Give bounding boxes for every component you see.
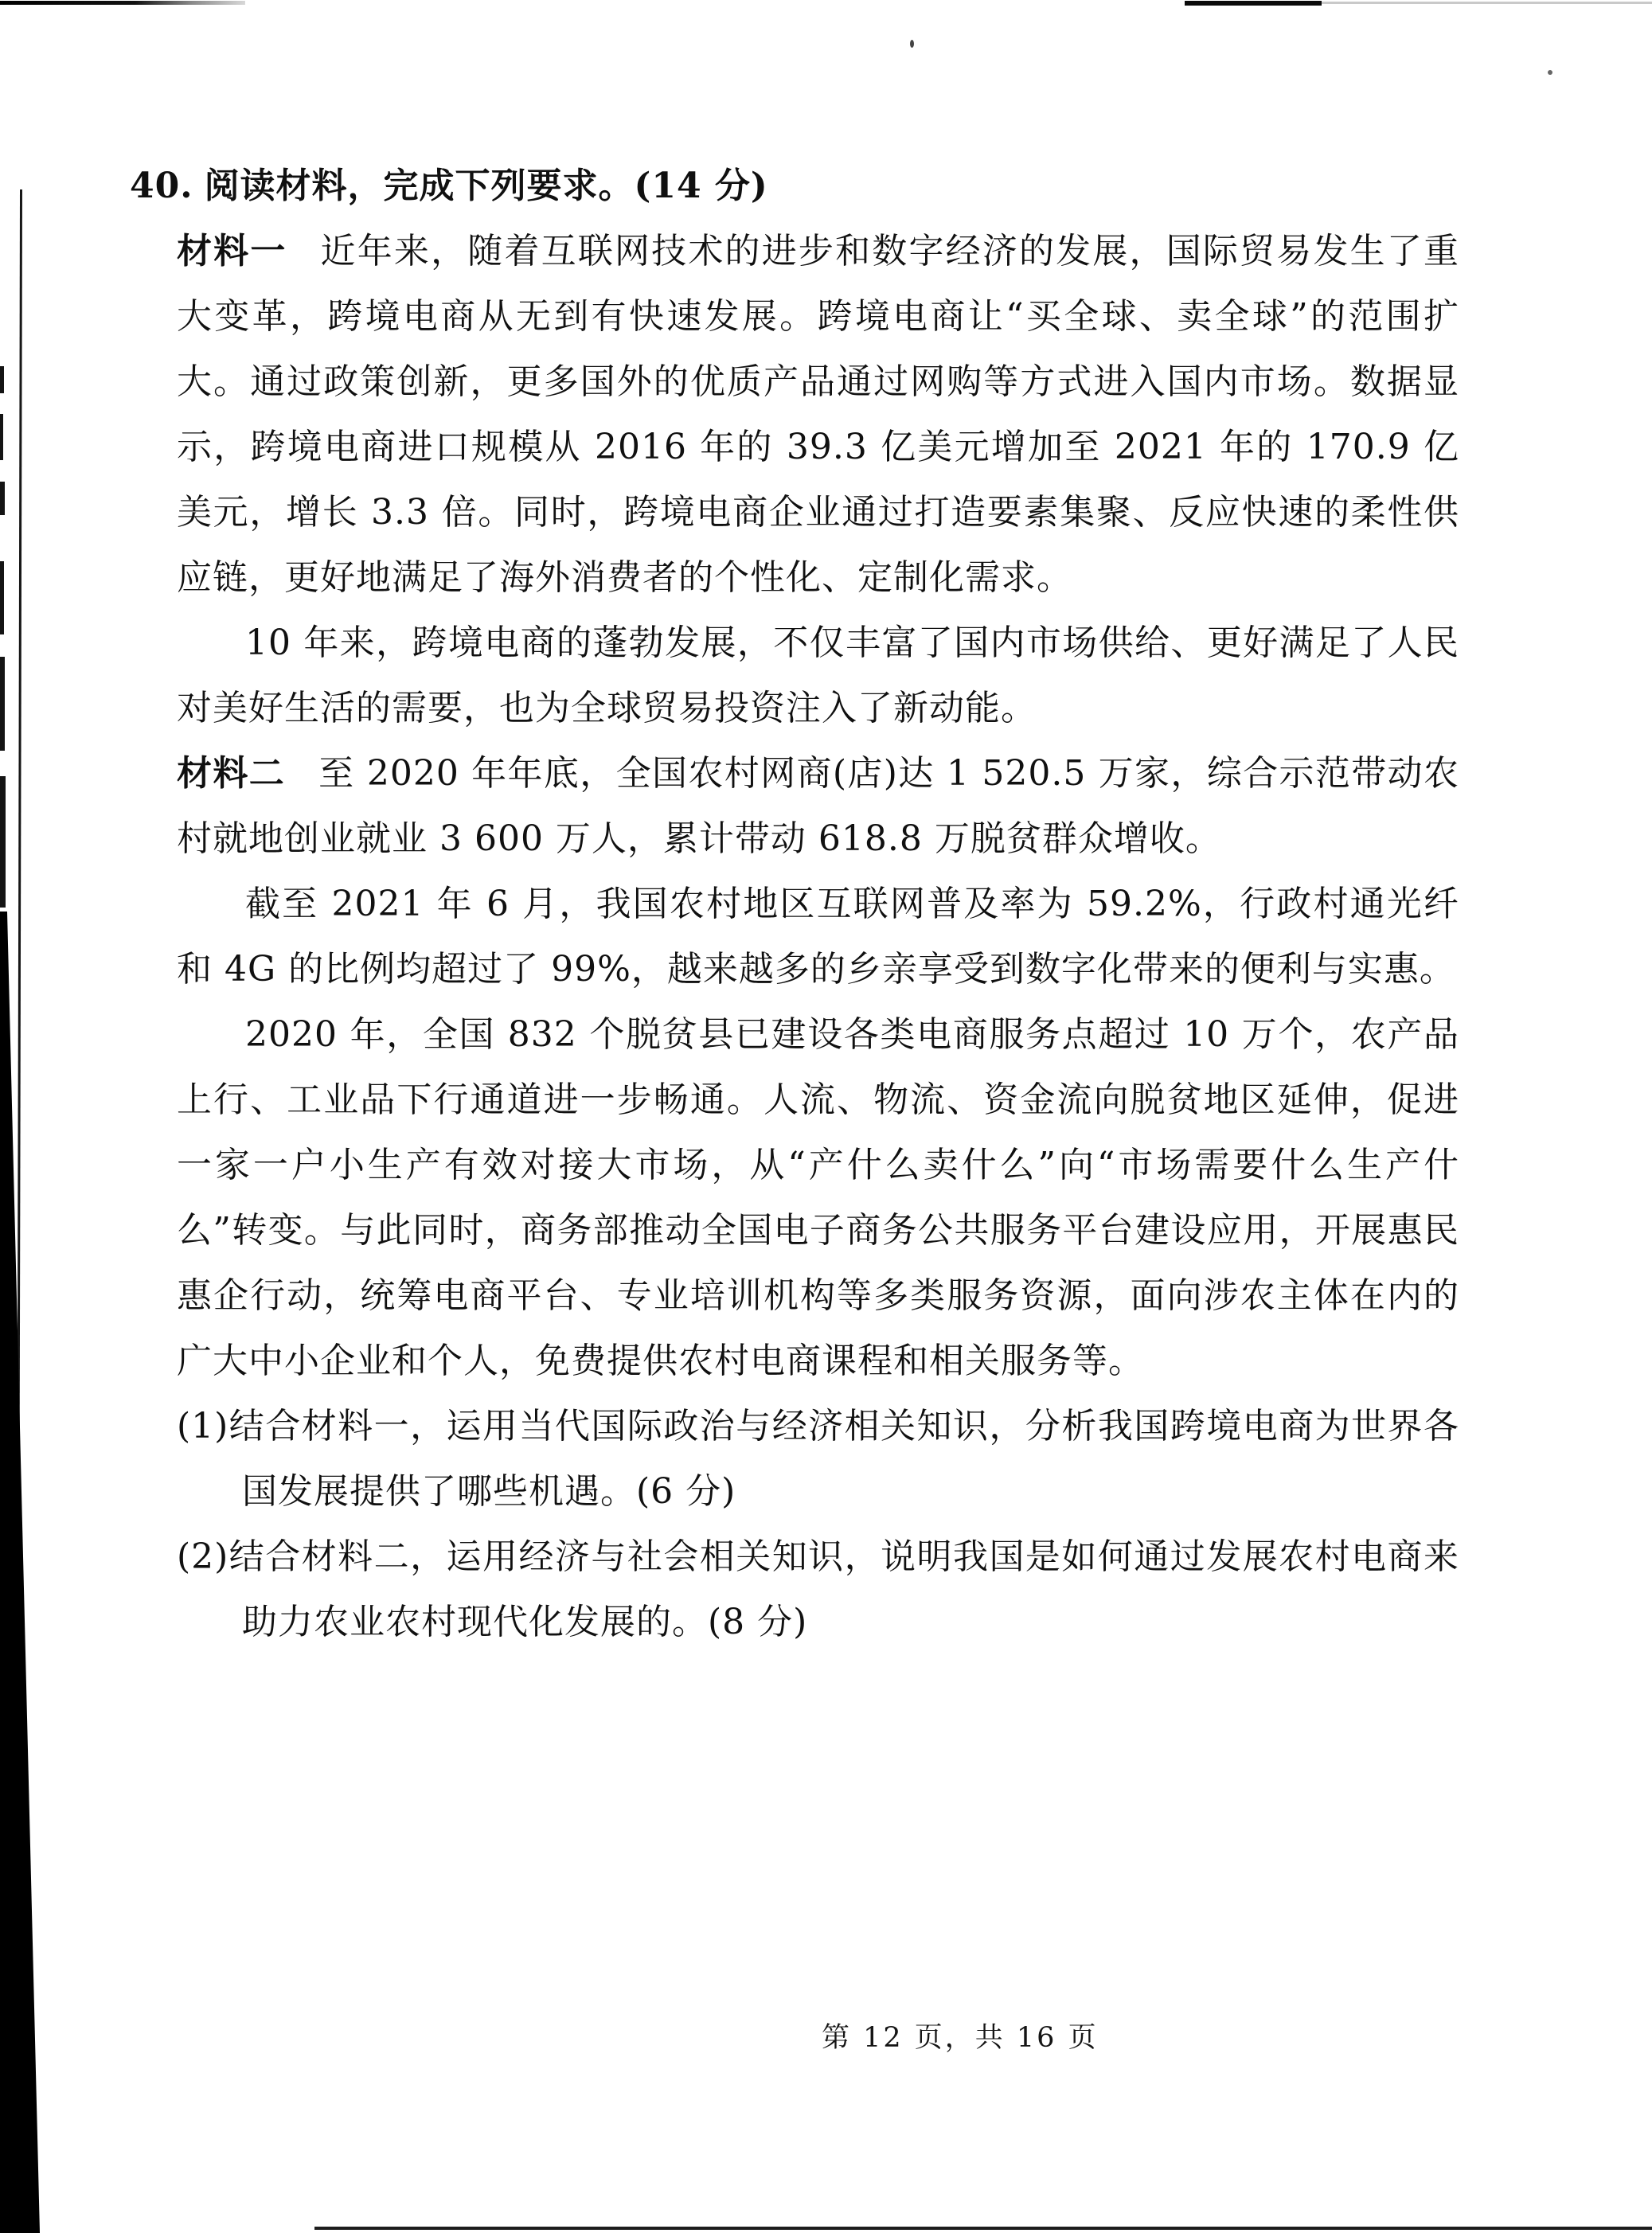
page-footer: 第 12 页，共 16 页 [822,2016,1099,2055]
subquestion-2-marker: (2) [177,1536,228,1577]
subquestion-1: (1)结合材料一，运用当代国际政治与经济相关知识，分析我国跨境电商为世界各国发展… [177,1394,1459,1524]
scan-artifact-speck [910,40,914,48]
scan-artifact-bottom-line [314,2227,1652,2230]
material-2-paragraph-3: 2020 年，全国 832 个脱贫县已建设各类电商服务点超过 10 万个，农产品… [177,1002,1459,1394]
material-2-label: 材料二 [177,753,285,794]
material-1-text: 近年来，随着互联网技术的进步和数字经济的发展，国际贸易发生了重大变革，跨境电商从… [177,231,1459,598]
scan-artifact-left-smudge [0,414,3,460]
scan-artifact-top-left-line [0,1,245,5]
material-2-paragraph-1: 材料二至 2020 年年底，全国农村网商(店)达 1 520.5 万家，综合示范… [177,741,1459,872]
question-number: 40. [130,166,193,206]
scan-artifact-top-right-line [1185,1,1322,6]
scan-artifact-left-smudge [0,776,6,908]
scan-artifact-left-smudge [0,482,5,515]
exam-page: 40.阅读材料，完成下列要求。(14 分) 材料一近年来，随着互联网技术的进步和… [0,0,1652,2233]
material-1-label: 材料一 [177,231,287,271]
material-2-paragraph-2: 截至 2021 年 6 月，我国农村地区互联网普及率为 59.2%，行政村通光纤… [177,872,1459,1002]
subquestion-2: (2)结合材料二，运用经济与社会相关知识，说明我国是如何通过发展农村电商来助力农… [177,1524,1459,1655]
material-2-text: 至 2020 年年底，全国农村网商(店)达 1 520.5 万家，综合示范带动农… [177,753,1459,859]
scan-artifact-left-smudge [0,366,4,393]
scan-artifact-left-shadow-wedge [0,912,40,2233]
material-1-paragraph-1: 材料一近年来，随着互联网技术的进步和数字经济的发展，国际贸易发生了重大变革，跨境… [177,219,1459,611]
scan-artifact-top-right-faint-line [1322,2,1652,4]
scan-artifact-binding-line [16,189,22,2233]
scan-artifact-left-smudge [0,657,5,751]
subquestion-1-text: 结合材料一，运用当代国际政治与经济相关知识，分析我国跨境电商为世界各国发展提供了… [228,1406,1459,1512]
question-prompt: 阅读材料，完成下列要求。(14 分) [205,166,768,206]
subquestion-1-marker: (1) [177,1406,228,1446]
scan-artifact-speck [1548,70,1552,75]
question-block: 40.阅读材料，完成下列要求。(14 分) 材料一近年来，随着互联网技术的进步和… [130,154,1459,1655]
scan-artifact-left-smudge [0,561,4,634]
subquestion-2-text: 结合材料二，运用经济与社会相关知识，说明我国是如何通过发展农村电商来助力农业农村… [228,1536,1459,1642]
question-heading: 40.阅读材料，完成下列要求。(14 分) [130,154,1459,219]
material-1-paragraph-2: 10 年来，跨境电商的蓬勃发展，不仅丰富了国内市场供给、更好满足了人民对美好生活… [177,611,1459,741]
